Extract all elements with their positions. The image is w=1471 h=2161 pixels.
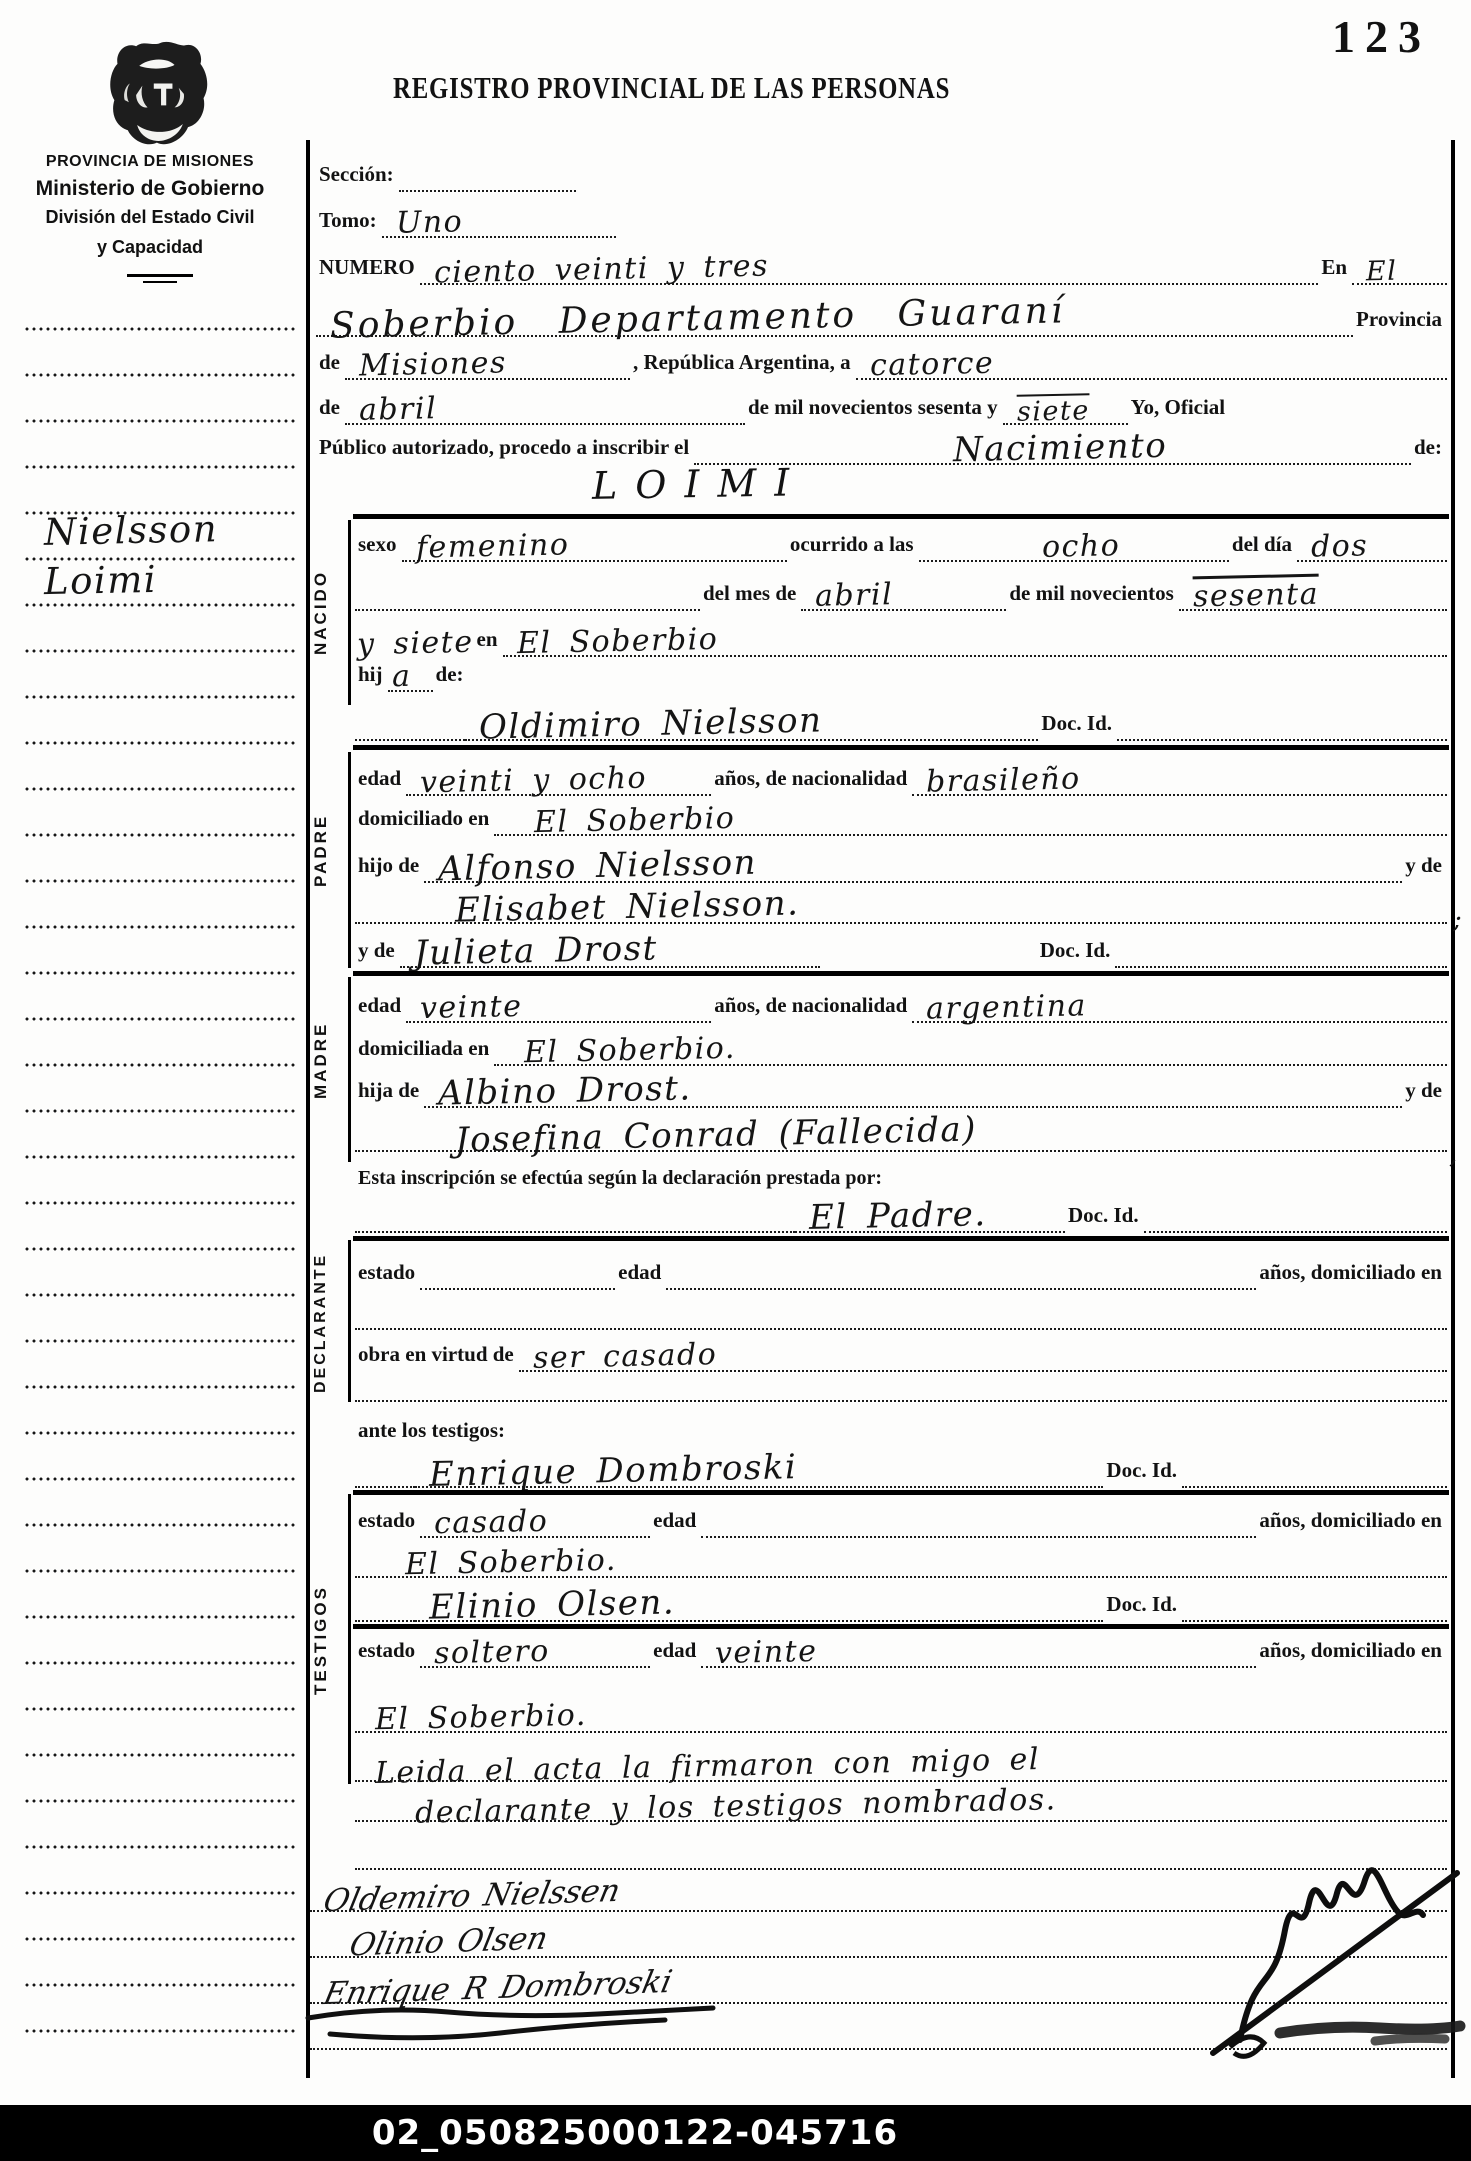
en-label: En	[1318, 257, 1352, 285]
field-fecha: de abril de mil novecientos sesenta y si…	[316, 385, 1447, 425]
testigo1-nombre-value: Enrique Dombroski	[429, 1450, 798, 1492]
padre-nombre-value: Oldimiro Nielsson	[479, 703, 823, 744]
declarante-domicilio-label: años, domiciliado en	[1256, 1262, 1447, 1290]
seccion-label: Sección:	[316, 164, 399, 192]
margin-note-givenname: Loimi	[44, 561, 158, 600]
padre-nombre-lead	[355, 701, 465, 741]
madre-edad-value: veinte	[420, 992, 523, 1024]
section-label-nacido: NACIDO	[301, 545, 341, 680]
padre-edad-label: edad	[355, 768, 406, 796]
madre-doc-id-label: Doc. Id.	[820, 940, 1116, 968]
ante-testigos-label: ante los testigos:	[355, 1420, 510, 1448]
madre-y-de-label: y de	[355, 940, 400, 968]
field-seccion: Sección:	[316, 152, 576, 192]
field-testigo1-nombre: Enrique Dombroski Doc. Id.	[355, 1448, 1447, 1488]
letterhead-division: División del Estado Civil	[0, 207, 300, 228]
fecha-dia-value: catorce	[869, 349, 994, 382]
sexo-label: sexo	[355, 534, 402, 562]
field-testigo1-estado: estado casado edad años, domiciliado en	[355, 1498, 1447, 1538]
testigo1-edad-label: edad	[650, 1510, 701, 1538]
madre-doc-id-blank	[1115, 928, 1447, 968]
madre-domicilio-label: domiciliada en	[355, 1038, 494, 1066]
del-mes-label: del mes de	[700, 583, 801, 611]
section-label-madre: MADRE	[301, 1000, 341, 1120]
cierre-line-2: declarante y los testigos nombrados.	[355, 1782, 1447, 1822]
madre-bracket	[348, 977, 351, 1162]
declarante-blank-line	[355, 1300, 1447, 1330]
testigo2-domicilio-label: años, domiciliado en	[1256, 1640, 1447, 1668]
registered-name: LOIMI	[592, 460, 808, 508]
field-obra-en-virtud: obra en virtud de ser casado	[355, 1332, 1447, 1372]
letterhead-ministry: Ministerio de Gobierno	[0, 177, 300, 201]
padre-hijo-de-label: hijo de	[355, 855, 424, 883]
acto-value: Nacimiento	[952, 429, 1167, 467]
signature-witness-1: Olinio Olsen	[347, 1923, 551, 1961]
field-padre-nombre: Oldimiro Nielsson Doc. Id.	[355, 701, 1447, 741]
field-padre-abuela: Elisabet Nielsson.	[355, 884, 1447, 924]
birth-certificate-scan: 123 REGISTRO PROVINCIAL DE LAS PERSONAS …	[0, 0, 1471, 2161]
padre-doc-id-label: Doc. Id.	[1038, 713, 1117, 741]
anio1-value: sesenta	[1193, 580, 1320, 613]
de-label-2: de	[316, 397, 345, 425]
scan-reference-code: 02_050825000122-045716	[0, 2113, 1270, 2153]
field-madre-abuela: Josefina Conrad (Fallecida)	[355, 1112, 1447, 1152]
inscripcion-label: Esta inscripción se efectúa según la dec…	[355, 1168, 887, 1195]
numero-value: ciento veinti y tres	[433, 251, 769, 288]
testigo1-edad-blank	[701, 1498, 1256, 1538]
field-madre-abuelo: hija de Albino Drost. y de	[355, 1068, 1447, 1108]
madre-nacionalidad-label: años, de nacionalidad	[711, 995, 912, 1023]
testigo2-lead	[355, 1582, 415, 1622]
padre-domicilio-value: El Soberbio	[534, 804, 736, 838]
declarante-estado-blank	[420, 1250, 615, 1290]
provincia-value: Misiones	[359, 348, 507, 381]
declarante-edad-label: edad	[615, 1262, 666, 1290]
testigo1-domicilio-label: años, domiciliado en	[1256, 1510, 1447, 1538]
testigo2-domicilio-value: El Soberbio.	[375, 1701, 587, 1735]
field-acto: Público autorizado, procedo a inscribir …	[316, 425, 1447, 465]
field-declarante-por: El Padre. Doc. Id.	[355, 1193, 1447, 1233]
mes-blank	[355, 571, 700, 611]
field-declarante-estado-edad: estado edad años, domiciliado en	[355, 1250, 1447, 1290]
field-testigo2-estado: estado soltero edad veinte años, domicil…	[355, 1628, 1447, 1668]
yo-oficial-label: Yo, Oficial	[1128, 397, 1231, 425]
madre-abuela-value: Josefina Conrad (Fallecida)	[455, 1113, 978, 1158]
padre-bracket	[348, 752, 351, 968]
padre-abuela-value: Elisabet Nielsson.	[455, 886, 800, 927]
de-colon-label-1: de:	[1411, 437, 1447, 465]
field-hija-de: hij a de:	[355, 652, 575, 692]
numero-label: NUMERO	[316, 257, 420, 285]
testigo1-estado-value: casado	[434, 1507, 549, 1539]
section-label-testigos: TESTIGOS	[301, 1555, 341, 1725]
field-padre-edad: edad veinti y ocho años, de nacionalidad…	[355, 756, 1447, 796]
field-lugar: Soberbio Departamento Guaraní Provincia	[316, 297, 1447, 337]
declarante-bracket	[348, 1240, 351, 1402]
seccion-blank	[399, 152, 576, 192]
provincial-seal-icon	[108, 40, 212, 152]
padre-abuelo-value: Alfonso Nielsson	[438, 846, 758, 887]
margin-note-surname: Nielsson	[44, 510, 219, 551]
madre-nombre-value: Julieta Drost	[413, 931, 657, 970]
padre-doc-id-blank	[1117, 701, 1447, 741]
letterhead-divider	[127, 274, 193, 277]
ocurrido-label: ocurrido a las	[787, 534, 919, 562]
field-sexo-hora-dia: sexo femenino ocurrido a las ocho del dí…	[355, 522, 1447, 562]
signature-declarant: Oldemiro Nielssen	[321, 1876, 623, 1918]
padre-punct: ;	[1453, 905, 1462, 935]
hora-value: ocho	[1041, 531, 1120, 563]
field-madre-edad: edad veinte años, de nacionalidad argent…	[355, 983, 1447, 1023]
madre-abuelo-value: Albino Drost.	[438, 1071, 692, 1110]
cierre-line-1: Leida el acta la firmaron con migo el	[355, 1742, 1447, 1782]
testigo1-estado-label: estado	[355, 1510, 420, 1538]
padre-nacionalidad-value: brasileño	[926, 764, 1081, 797]
section-rule-madre	[353, 971, 1449, 976]
field-testigo1-domicilio: El Soberbio.	[355, 1538, 1447, 1578]
hij-label: hij	[355, 664, 388, 692]
letterhead-province: PROVINCIA DE MISIONES	[0, 153, 300, 171]
madre-hija-de-label: hija de	[355, 1080, 424, 1108]
fecha-mes-value: abril	[359, 394, 438, 426]
fecha-anio-value: siete	[1016, 397, 1089, 426]
section-rule-declarante	[353, 1236, 1449, 1241]
declarante-edad-blank	[666, 1250, 1256, 1290]
dia-value: dos	[1311, 531, 1369, 562]
republica-label: , República Argentina, a	[630, 352, 856, 380]
declarante-blank-line-2	[355, 1372, 1447, 1402]
del-dia-label: del día	[1229, 534, 1297, 562]
testigo2-edad-label: edad	[650, 1640, 701, 1668]
madre-y-de-label-2: y de	[1402, 1080, 1447, 1108]
declarante-doc-id-blank	[1144, 1193, 1447, 1233]
testigo2-estado-value: soltero	[434, 1637, 550, 1669]
document-title: REGISTRO PROVINCIAL DE LAS PERSONAS	[393, 70, 950, 106]
field-padre-abuelo: hijo de Alfonso Nielsson y de	[355, 843, 1447, 883]
testigo1-doc-id-blank	[1182, 1448, 1447, 1488]
field-testigo2-nombre: Elinio Olsen. Doc. Id.	[355, 1582, 1447, 1622]
testigo2-doc-id-blank	[1182, 1582, 1447, 1622]
field-testigo2-domicilio: El Soberbio.	[355, 1693, 1447, 1733]
testigo1-lead	[355, 1448, 415, 1488]
madre-nacionalidad-value: argentina	[926, 991, 1087, 1024]
field-padre-domicilio: domiciliado en El Soberbio	[355, 796, 1447, 836]
declarante-por-value: El Padre.	[809, 1197, 987, 1235]
cierre-text-2: declarante y los testigos nombrados.	[415, 1785, 1057, 1828]
hij-sufijo-value: a	[391, 662, 411, 692]
padre-domicilio-label: domiciliado en	[355, 808, 494, 836]
field-madre-domicilio: domiciliada en El Soberbio.	[355, 1026, 1447, 1066]
testigo1-doc-id-label: Doc. Id.	[1103, 1460, 1182, 1488]
field-madre-nombre: y de Julieta Drost Doc. Id.	[355, 928, 1447, 968]
field-mes-anio: del mes de abril de mil novecientos sese…	[355, 571, 1447, 611]
publico-label: Público autorizado, procedo a inscribir …	[316, 437, 694, 465]
signature-underline-scribble	[300, 2000, 720, 2050]
page-number: 123	[1332, 10, 1431, 63]
letterhead-capacity: y Capacidad	[0, 237, 300, 258]
declarante-doc-id-label: Doc. Id.	[1065, 1205, 1144, 1233]
sexo-value: femenino	[415, 530, 569, 563]
testigo2-doc-id-label: Doc. Id.	[1103, 1594, 1182, 1622]
section-rule-testigo1	[353, 1490, 1449, 1495]
madre-edad-label: edad	[355, 995, 406, 1023]
de-colon-label-2: de:	[433, 664, 469, 692]
de-mil-label: de mil novecientos	[1006, 583, 1178, 611]
padre-edad-value: veinti y ocho	[420, 764, 648, 799]
tomo-value: Uno	[395, 207, 463, 238]
lugar-value: Soberbio Departamento Guaraní	[330, 293, 1066, 344]
section-rule-nacido	[353, 514, 1449, 519]
obra-value: ser casado	[532, 1340, 717, 1374]
padre-y-de-label: y de	[1402, 855, 1447, 883]
en-value: El	[1366, 258, 1398, 286]
field-lugar-nacimiento: y siete en El Soberbio	[355, 617, 1447, 657]
provincia-label: Provincia	[1353, 309, 1447, 337]
declarante-estado-label: estado	[355, 1262, 420, 1290]
testigo2-nombre-value: Elinio Olsen.	[429, 1585, 676, 1624]
form-right-border	[1451, 140, 1455, 2078]
official-signature	[1185, 1835, 1470, 2060]
section-label-declarante: DECLARANTE	[301, 1250, 341, 1395]
padre-nacionalidad-label: años, de nacionalidad	[711, 768, 912, 796]
testigo1-domicilio-value: El Soberbio.	[405, 1546, 617, 1580]
section-label-padre: PADRE	[301, 790, 341, 910]
field-tomo: Tomo: Uno	[316, 198, 616, 238]
madre-domicilio-value: El Soberbio.	[524, 1034, 736, 1068]
letterhead-divider-short	[143, 281, 177, 283]
de-label-1: de	[316, 352, 345, 380]
testigo2-edad-value: veinte	[715, 1637, 818, 1669]
field-numero: NUMERO ciento veinti y tres En El	[316, 245, 1447, 285]
testigos-bracket	[348, 1494, 351, 1784]
madre-punct: ,	[1449, 1140, 1457, 1170]
testigo2-estado-label: estado	[355, 1640, 420, 1668]
declarante-lead-blank	[355, 1193, 795, 1233]
anio-prefix-label: de mil novecientos sesenta y	[745, 397, 1003, 425]
field-provincia: de Misiones , República Argentina, a cat…	[316, 340, 1447, 380]
obra-label: obra en virtud de	[355, 1344, 519, 1372]
nacido-bracket	[348, 520, 351, 705]
tomo-label: Tomo:	[316, 210, 382, 238]
mes-value: abril	[815, 580, 894, 612]
section-rule-padre	[353, 745, 1449, 750]
